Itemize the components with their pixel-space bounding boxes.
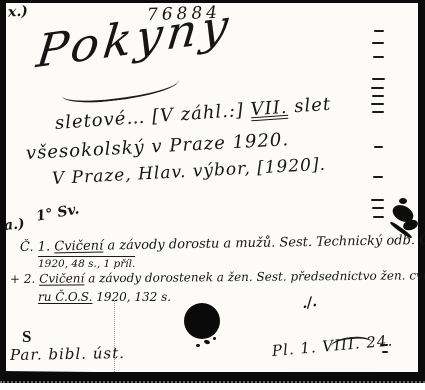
stamp-letter: S xyxy=(22,327,31,347)
scan-edge-left xyxy=(0,0,6,380)
entry-1-keyword: Cvičení xyxy=(54,239,103,255)
subtitle-numeral: VII. xyxy=(250,97,288,121)
ink-speck xyxy=(213,337,216,340)
entry-2-text: a závody dorostenek a žen. Sest. předsed… xyxy=(88,268,425,285)
entry-2-number: + 2. xyxy=(10,272,35,286)
ink-speck xyxy=(196,344,200,347)
entry-2-continuation: ru Č.O.S. 1920, 132 s. xyxy=(38,290,171,304)
scan-edge-right xyxy=(418,0,425,378)
scanned-catalog-card: x.) 76884 Pokyny sletové… [V záhl.:] VII… xyxy=(0,0,425,390)
scan-bottom-margin xyxy=(0,383,425,390)
end-mark: ./. xyxy=(301,294,318,312)
entry-1-number: Č. 1. xyxy=(20,239,50,255)
entry-2-keyword: Cvičení xyxy=(39,271,84,285)
corner-mark: x.) xyxy=(7,3,28,20)
entry-2-continuation-keyword: ru Č.O.S. xyxy=(38,290,92,304)
margin-mark: a.) xyxy=(3,216,25,234)
subtitle-post: slet xyxy=(293,94,331,118)
entry-1-collation: 1920, 48 s., 1 příl. xyxy=(38,256,135,270)
card-bottom-edge xyxy=(0,371,425,382)
entry-2-collation: 1920, 132 s. xyxy=(96,290,171,304)
punch-hole xyxy=(184,303,220,339)
library-note: Par. bibl. úst. xyxy=(10,344,125,364)
